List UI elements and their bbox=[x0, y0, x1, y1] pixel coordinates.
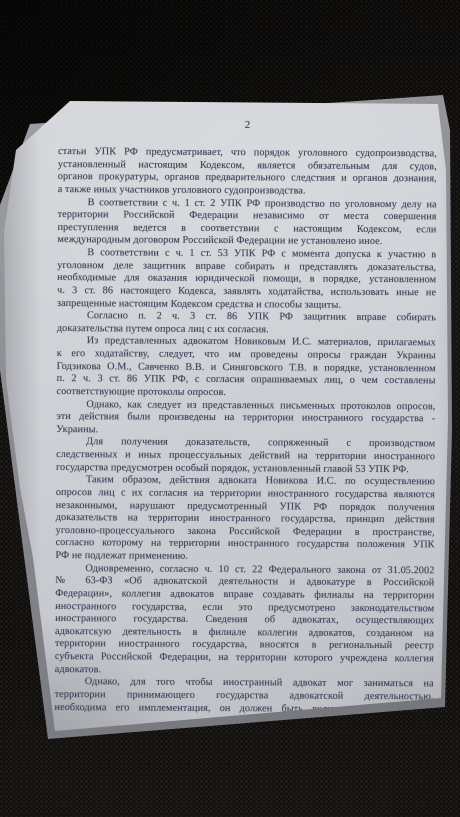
paragraph: В соответствии с ч. 1 ст. 53 УПК РФ с мо… bbox=[57, 247, 436, 312]
paragraph: статьи УПК РФ предусматривает, что поряд… bbox=[58, 146, 437, 199]
paragraph: Одновременно, согласно ч. 10 ст. 22 Феде… bbox=[55, 563, 435, 679]
page-number: 2 bbox=[58, 119, 437, 131]
text-line: субъекта Российской Федерации, на террит… bbox=[55, 651, 434, 666]
paragraph: В соответствии с ч. 1 ст. 2 УПК РФ произ… bbox=[57, 196, 436, 249]
paragraph: Согласно п. 2 ч. 3 ст. 86 УПК РФ защитни… bbox=[57, 310, 436, 338]
text-line: эти действия были произведены на террито… bbox=[56, 411, 435, 426]
paragraph: Из представленных адвокатом Новиковым И.… bbox=[56, 335, 435, 400]
photo-frame: 2 статьи УПК РФ предусматривает, что пор… bbox=[0, 0, 460, 817]
paragraph: Для получения доказательств, сопряженный… bbox=[56, 436, 435, 476]
paragraph: Таким образом, действия адвоката Новиков… bbox=[55, 474, 435, 565]
paragraph: Однако, как следует из представленных пи… bbox=[56, 398, 435, 438]
document-page: 2 статьи УПК РФ предусматривает, что пор… bbox=[0, 0, 460, 817]
document-text: статьи УПК РФ предусматривает, что поряд… bbox=[55, 146, 437, 716]
